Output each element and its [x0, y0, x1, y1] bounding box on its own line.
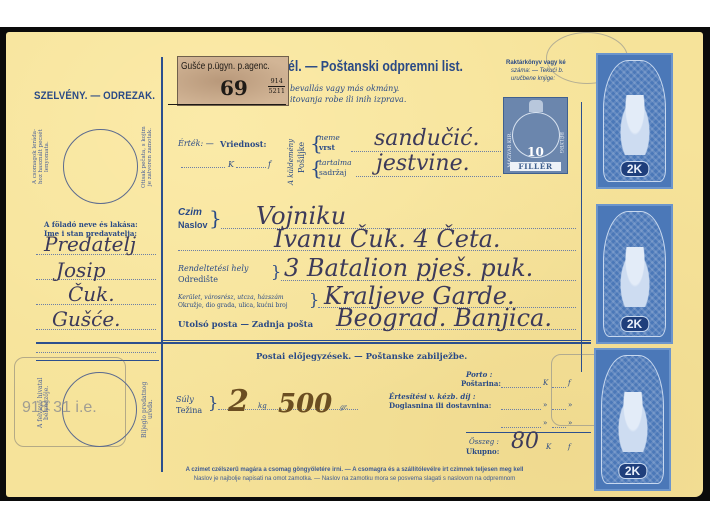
fraction-top: 914: [268, 77, 285, 86]
right-column-rule: [581, 102, 582, 372]
destination-label-hr: Odredište: [178, 275, 218, 284]
stamp-2k-3: 2K: [594, 348, 671, 491]
sender-handwriting-2: Josip: [56, 258, 106, 282]
total-label-hr: Ukupno:: [466, 447, 499, 456]
weight-kg-unit: kg: [258, 402, 267, 410]
register-label-hr: uručbene knjige:: [511, 76, 555, 82]
extra-k-line: [501, 427, 541, 428]
stamp-value: 2K: [620, 316, 649, 332]
sender-handwriting-4: Gušće.: [52, 307, 121, 331]
label-underline: [168, 104, 286, 105]
stub-seal-note-hu: A csomagok leráda- hoz használt pecsét l…: [32, 112, 58, 202]
content-label-hr: sadržaj: [319, 168, 346, 177]
extra-ditto-1: »: [543, 419, 547, 427]
porto-k-line: [501, 387, 541, 388]
fraction-bottom: 5211: [268, 86, 285, 96]
cherub-icon: [616, 392, 650, 452]
stamp-2k-1: 2K: [596, 53, 673, 189]
stub-separator: [161, 57, 163, 472]
content-value: jestvine.: [376, 151, 470, 176]
total-value: 80: [511, 429, 539, 454]
postal-section-rule: [36, 342, 591, 344]
sender-handwriting-3: Čuk.: [68, 282, 115, 306]
parcel-vertical-hr: Pošiljke: [299, 132, 309, 182]
district-label-hr: Okružje, dio grada, ulica, kućni broj: [178, 302, 288, 309]
value-k-line: [181, 167, 225, 168]
stamp-value: 2K: [618, 463, 647, 479]
form-title: él. — Poštanski odpremni list.: [288, 58, 463, 75]
imprint-value: 10: [504, 145, 567, 159]
agency-name: Gušće p.ügyn. p.agenc.: [181, 60, 270, 72]
weight-kg-value: 2: [228, 384, 249, 419]
postal-notes-title: Postai előjegyzések. — Poštanske zabilje…: [256, 352, 467, 362]
address-label-hr: Naslov: [178, 220, 208, 230]
imprint-unit: FILLÉR: [510, 162, 561, 171]
weight-brace: }: [208, 393, 218, 413]
office-box-label-hr: Biljeglo predatnog ureda.: [142, 372, 158, 447]
destination-label-hu: Rendeltetési hely: [178, 264, 248, 273]
kind-value: sandučić.: [374, 126, 480, 151]
weight-g-value: 500: [278, 389, 332, 419]
porto-label-hu: Porto :: [466, 370, 492, 379]
weight-g-unit: gr.: [340, 404, 348, 411]
crown-icon: [529, 100, 543, 112]
address-handwriting-2: Ivanu Čuk. 4 Četa.: [274, 225, 501, 253]
seal-circle: [63, 129, 138, 204]
content-label-hu: tartalma: [319, 158, 352, 167]
kind-label-hr: vrst: [319, 143, 335, 152]
weight-label-hr: Težina: [176, 406, 202, 415]
destination-label-hu-text: Rendeltetési hely: [178, 264, 248, 273]
cherub-icon: [618, 247, 652, 307]
parcel-card: SZELVÉNY. — ODREZAK. A csomagok leráda- …: [6, 32, 703, 497]
address-brace: }: [209, 207, 222, 229]
title-line-hr: itovanja robe ili inih izprava.: [290, 95, 406, 104]
fee-k-line: [501, 409, 541, 410]
imprinted-stamp-10-filler: MAGYAR KIR. BÉLYEG 10 FILLÉR: [503, 97, 568, 174]
stamp-2k-2: 2K: [596, 204, 673, 344]
stub-postmark: 918 31 i.e.: [22, 399, 97, 417]
fee-label-hu: Értesítési v. kézb. díj :: [389, 392, 475, 401]
sender-label-hu: A föladó neve és lakása:: [44, 220, 138, 229]
total-label-hu: Összeg :: [469, 438, 499, 446]
sender-handwriting-1: Predatelj: [44, 232, 136, 256]
porto-k-unit: K: [543, 379, 548, 387]
stamp-value: 2K: [620, 161, 649, 177]
value-f-line: [236, 167, 266, 168]
weight-label-hu: Súly: [176, 395, 194, 404]
address-bottom-rule: [161, 340, 591, 341]
cherub-icon: [618, 95, 652, 155]
total-f-unit: f: [568, 443, 571, 451]
content-line: [356, 176, 501, 177]
fee-ditto-1: »: [543, 401, 547, 409]
stub-seal-note-hr: Otisak pečata, s kojim je zatvoren zamot…: [141, 112, 155, 202]
title-line-hu: bevallás vagy más okmány.: [290, 84, 399, 93]
extra-f-line: [552, 427, 566, 428]
sender-line-5: [36, 352, 156, 353]
value-label-hr: Vriednost:: [220, 139, 266, 149]
post-agency-label: Gušće p.ügyn. p.agenc. 69 914 5211: [177, 56, 289, 106]
last-post-label: Utolsó posta — Zadnja pošta: [178, 320, 313, 330]
parcel-number: 69: [220, 76, 248, 100]
kind-label-hu: neme: [319, 133, 340, 142]
value-label-hu: Érték: —: [178, 139, 214, 148]
label-fraction: 914 5211: [268, 77, 285, 96]
last-post-value: Beograd. Banjica.: [336, 304, 552, 332]
value-k-unit: K: [228, 160, 234, 169]
stub-title: SZELVÉNY. — ODREZAK.: [34, 90, 155, 102]
value-f-unit: f: [268, 160, 271, 169]
destination-value: 3 Batalion pješ. puk.: [284, 254, 533, 282]
porto-label-hr: Poštarina:: [461, 379, 501, 388]
address-label-hu: Czim: [178, 207, 202, 218]
district-label-hu: Kerület, városrész, utcza, házszám: [178, 294, 284, 301]
fee-label-hr: Doglasnina ili dostavnina:: [389, 401, 491, 410]
destination-brace: }: [271, 262, 281, 282]
total-k-unit: K: [546, 443, 551, 451]
